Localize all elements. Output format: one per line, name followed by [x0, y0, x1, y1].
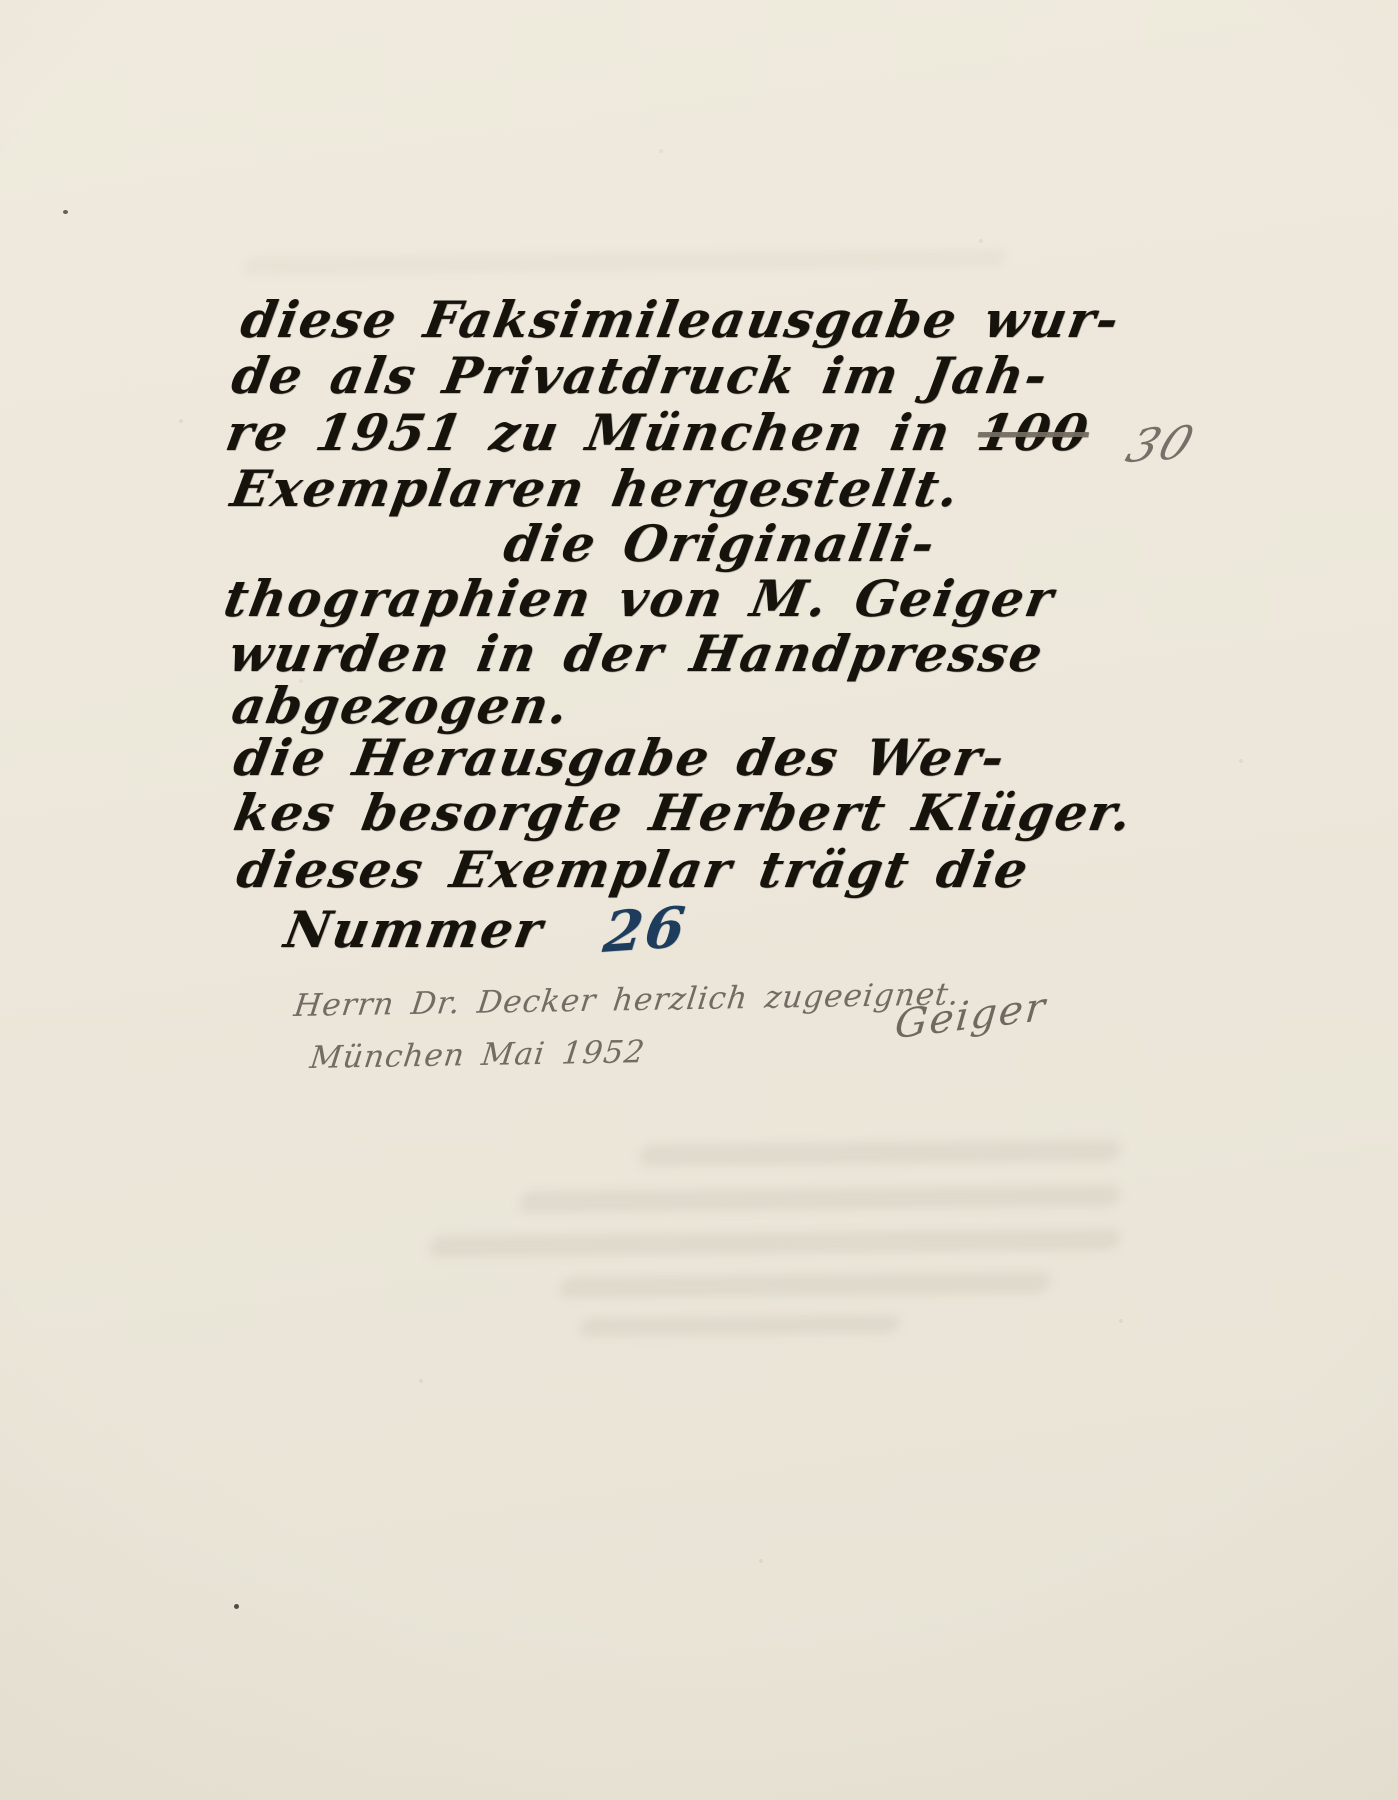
paper-speck: [63, 210, 68, 214]
paper-speck: [234, 1604, 239, 1609]
colophon-line: diese Faksimileausgabe wur-: [237, 292, 1124, 347]
colophon-line: Exemplaren hergestellt.: [227, 461, 964, 516]
colophon-line: die Herausgabe des Wer-: [230, 730, 1010, 785]
colophon-line: abgezogen.: [228, 678, 574, 733]
manuscript-page: diese Faksimileausgabe wur- de als Priva…: [0, 0, 1398, 1800]
colophon-line: de als Privatdruck im Jah-: [228, 348, 1053, 403]
struck-edition-count: 100: [973, 403, 1094, 462]
dedication-line: Herrn Dr. Decker herzlich zugeeignet.: [292, 976, 962, 1024]
showthrough-ghost-line: [558, 1271, 1053, 1298]
copy-number-label: Nummer: [280, 900, 548, 959]
pencil-edition-correction: 30: [1120, 417, 1202, 472]
showthrough-ghost-line: [243, 249, 1007, 275]
colophon-line: dieses Exemplar trägt die: [233, 842, 1034, 897]
paper-flecks: [0, 0, 2, 2]
dedication-date-line: München Mai 1952: [308, 1034, 647, 1076]
showthrough-ghost-line: [638, 1139, 1123, 1166]
copy-number-line: Nummer 26: [280, 898, 692, 960]
scanned-document: { "page": { "paper_color": "#ece7da", "i…: [0, 0, 1398, 1800]
colophon-edition-line: re 1951 zu München in 100 30: [222, 405, 1200, 460]
showthrough-ghost-line: [428, 1228, 1123, 1257]
colophon-line: thographien von M. Geiger: [220, 571, 1059, 626]
colophon-line: die Originalli-: [500, 516, 940, 571]
colophon-line: kes besorgte Herbert Klüger.: [230, 785, 1137, 840]
showthrough-ghost-line: [578, 1314, 902, 1336]
copy-number-value: 26: [601, 897, 690, 964]
scan-vignette: [0, 0, 1398, 1800]
edition-line-prefix: re 1951 zu München in: [222, 403, 956, 462]
showthrough-ghost-line: [518, 1185, 1123, 1213]
colophon-line: wurden in der Handpresse: [225, 626, 1048, 681]
